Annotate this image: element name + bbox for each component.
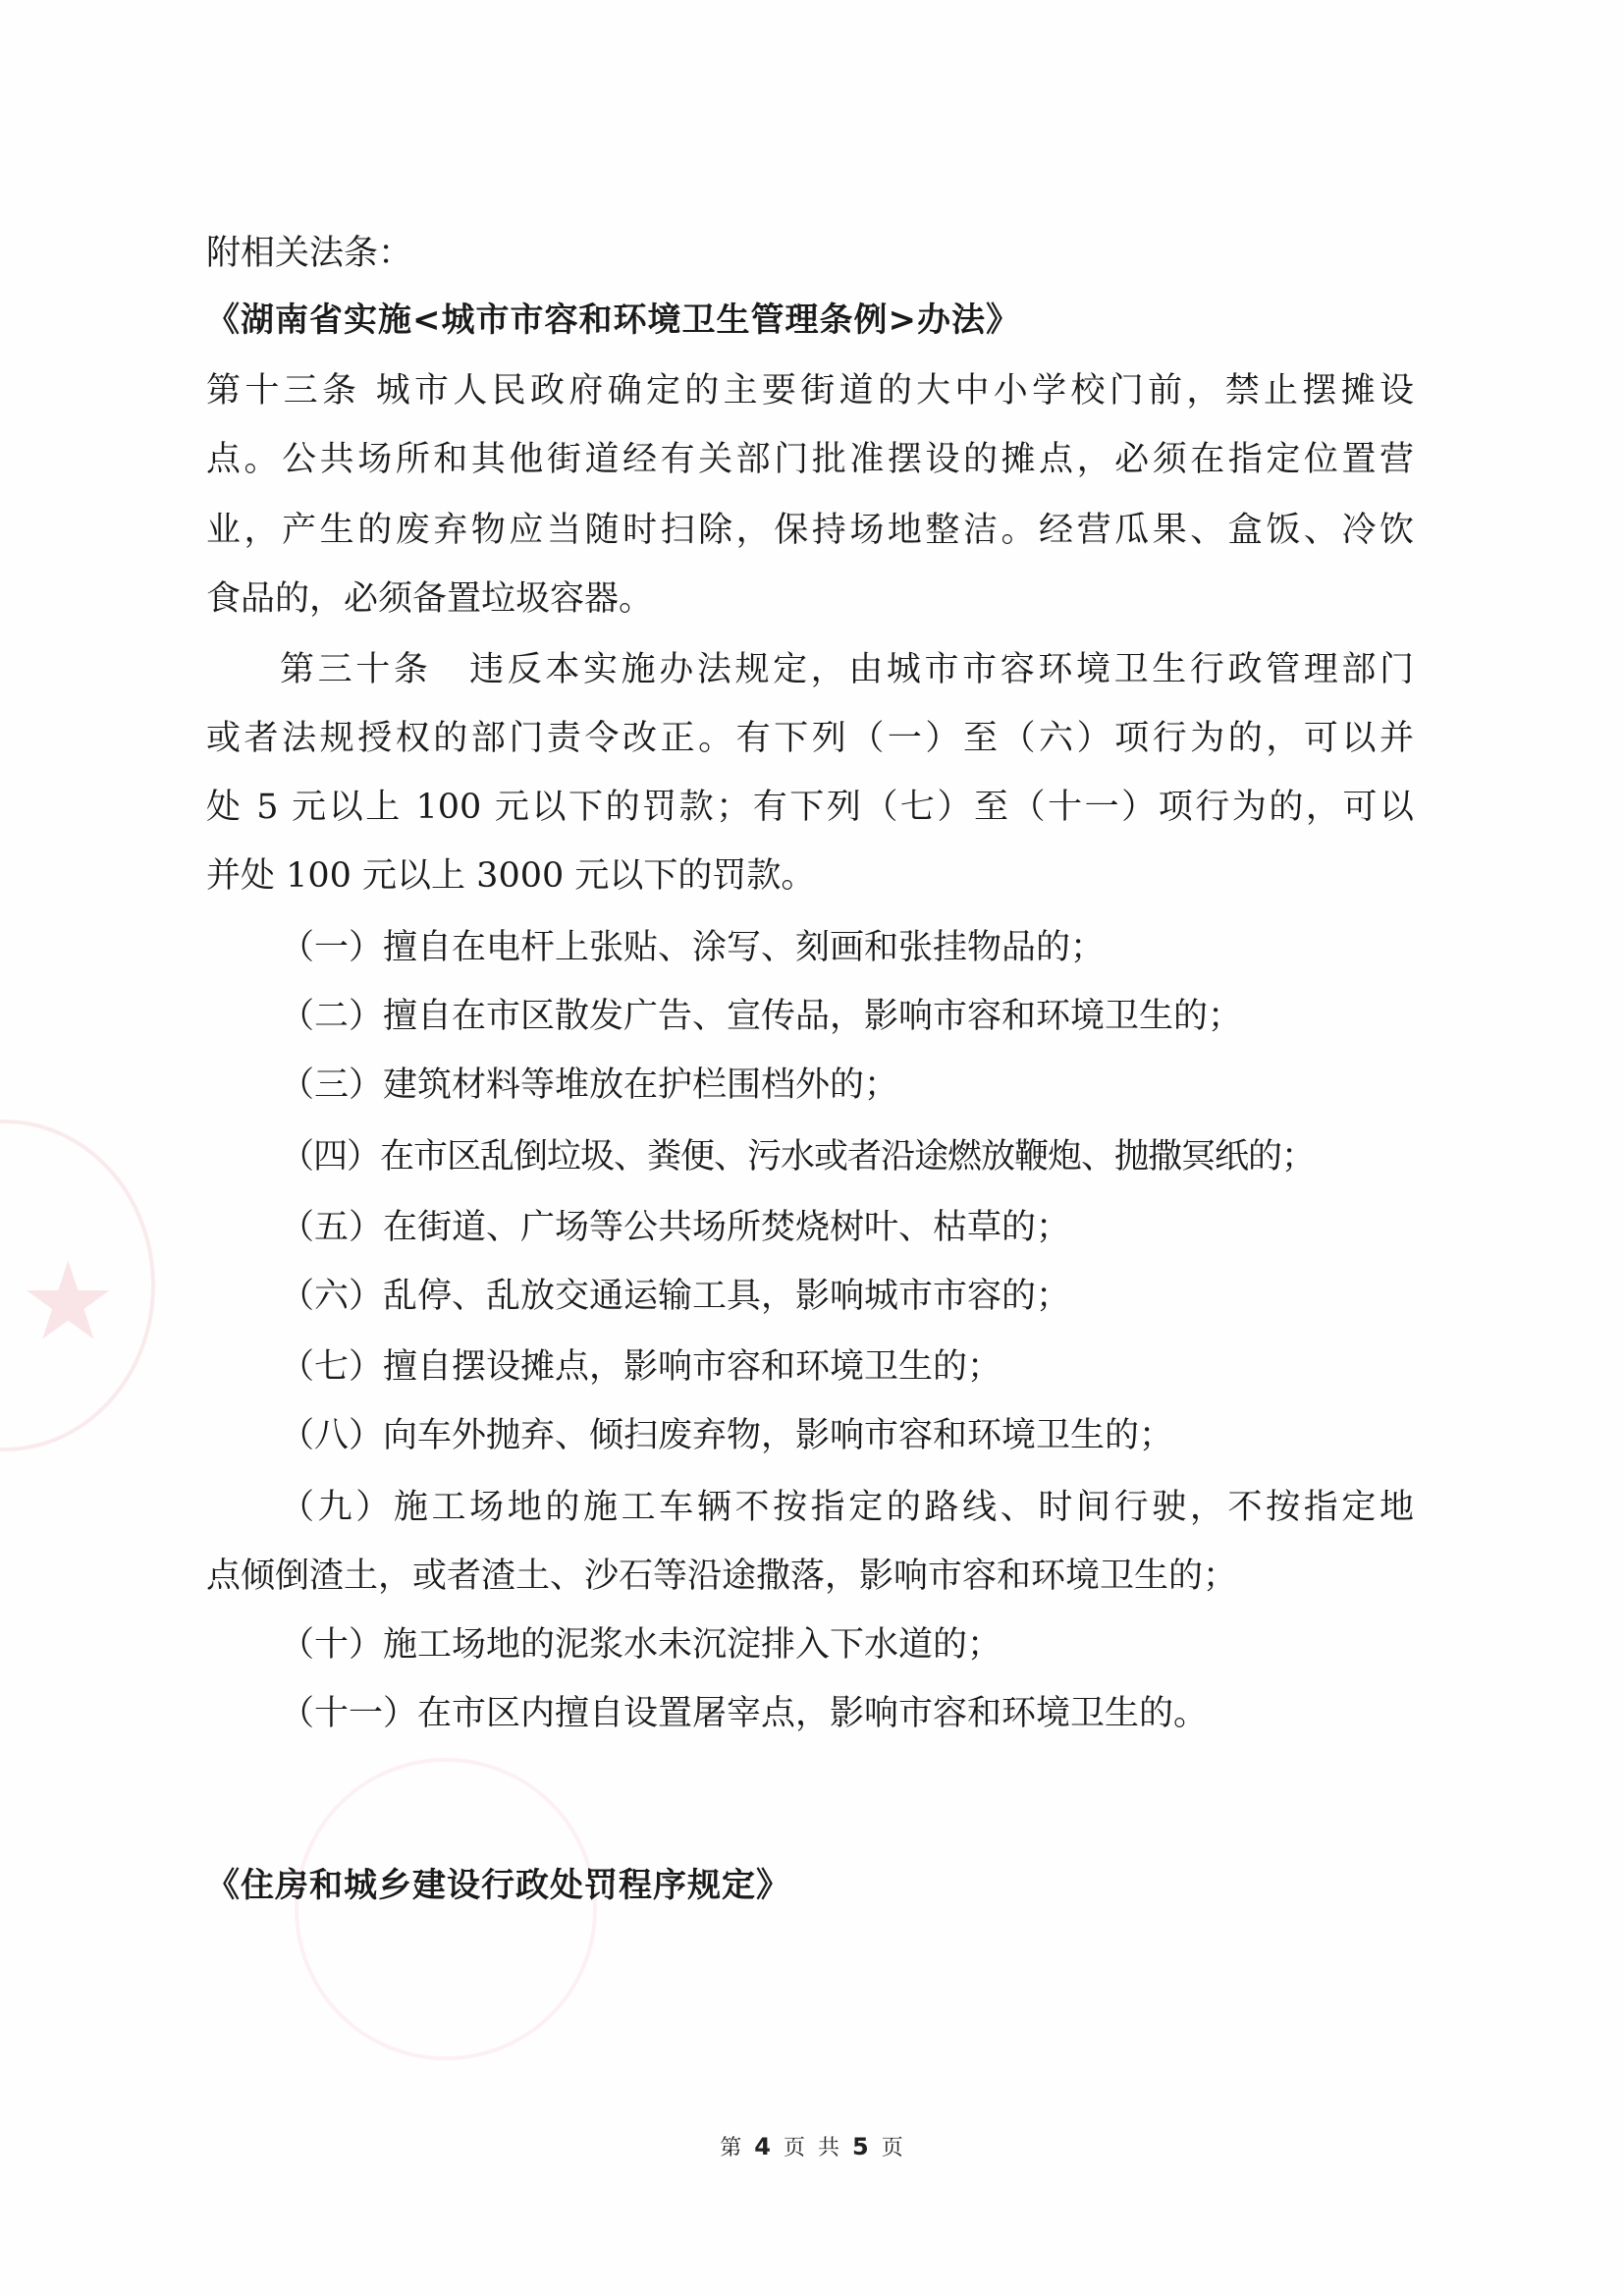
attachment-heading: 附相关法条： [206,232,1414,275]
current-page-number: 4 [754,2133,771,2160]
page-footer: 第 4 页 共 5 页 [0,2131,1623,2161]
law1-title: 《湖南省实施<城市市容和环境卫生管理条例>办法》 [206,299,1414,342]
seal-star-icon: ★ [20,1247,117,1355]
article30-line-1: 第三十条 违反本实施办法规定，由城市市容环境卫生行政管理部门 [280,648,1414,691]
article30-item-3: （三）建筑材料等堆放在护栏围档外的； [280,1064,1414,1107]
article30-line-3: 处 5 元以上 100 元以下的罚款；有下列（七）至（十一）项行为的，可以 [206,786,1414,829]
footer-prefix: 第 [720,2136,741,2160]
article13-line-2: 点。公共场所和其他街道经有关部门批准摆设的摊点，必须在指定位置营 [206,438,1414,481]
article13-line-1: 第十三条 城市人民政府确定的主要街道的大中小学校门前，禁止摆摊设 [206,369,1414,412]
article30-line-2: 或者法规授权的部门责令改正。有下列（一）至（六）项行为的，可以并 [206,717,1414,760]
article30-item-10: （十）施工场地的泥浆水未沉淀排入下水道的； [280,1623,1414,1667]
article30-item-9-line-2: 点倾倒渣土，或者渣土、沙石等沿途撒落，影响市容和环境卫生的； [206,1555,1414,1598]
article30-line-4: 并处 100 元以上 3000 元以下的罚款。 [206,854,1414,898]
article30-item-6: （六）乱停、乱放交通运输工具，影响城市市容的； [280,1275,1414,1318]
footer-suffix: 页 [882,2136,903,2160]
law2-title: 《住房和城乡建设行政处罚程序规定》 [206,1864,1414,1907]
article30-item-8: （八）向车外抛弃、倾扫废弃物，影响市容和环境卫生的； [280,1414,1414,1457]
article13-line-3: 业，产生的废弃物应当随时扫除，保持场地整洁。经营瓜果、盒饭、冷饮 [206,509,1414,552]
article30-item-11: （十一）在市区内擅自设置屠宰点，影响市容和环境卫生的。 [280,1692,1414,1735]
document-page: ★ 附相关法条： 《湖南省实施<城市市容和环境卫生管理条例>办法》 第十三条 城… [0,0,1623,2296]
article30-item-4: （四）在市区乱倒垃圾、粪便、污水或者沿途燃放鞭炮、抛撒冥纸的； [280,1135,1414,1178]
footer-middle: 页 共 [784,2136,839,2160]
article30-item-2: （二）擅自在市区散发广告、宣传品，影响市容和环境卫生的； [280,995,1414,1038]
official-seal-faint [295,1758,597,2060]
article13-line-4: 食品的，必须备置垃圾容器。 [206,577,1414,621]
article30-item-5: （五）在街道、广场等公共场所焚烧树叶、枯草的； [280,1206,1414,1249]
article30-item-7: （七）擅自摆设摊点，影响市容和环境卫生的； [280,1345,1414,1389]
article30-item-9-line-1: （九）施工场地的施工车辆不按指定的路线、时间行驶，不按指定地 [280,1486,1414,1529]
article30-item-1: （一）擅自在电杆上张贴、涂写、刻画和张挂物品的； [280,926,1414,969]
official-seal-remnant [0,1120,155,1451]
total-pages-number: 5 [852,2133,869,2160]
